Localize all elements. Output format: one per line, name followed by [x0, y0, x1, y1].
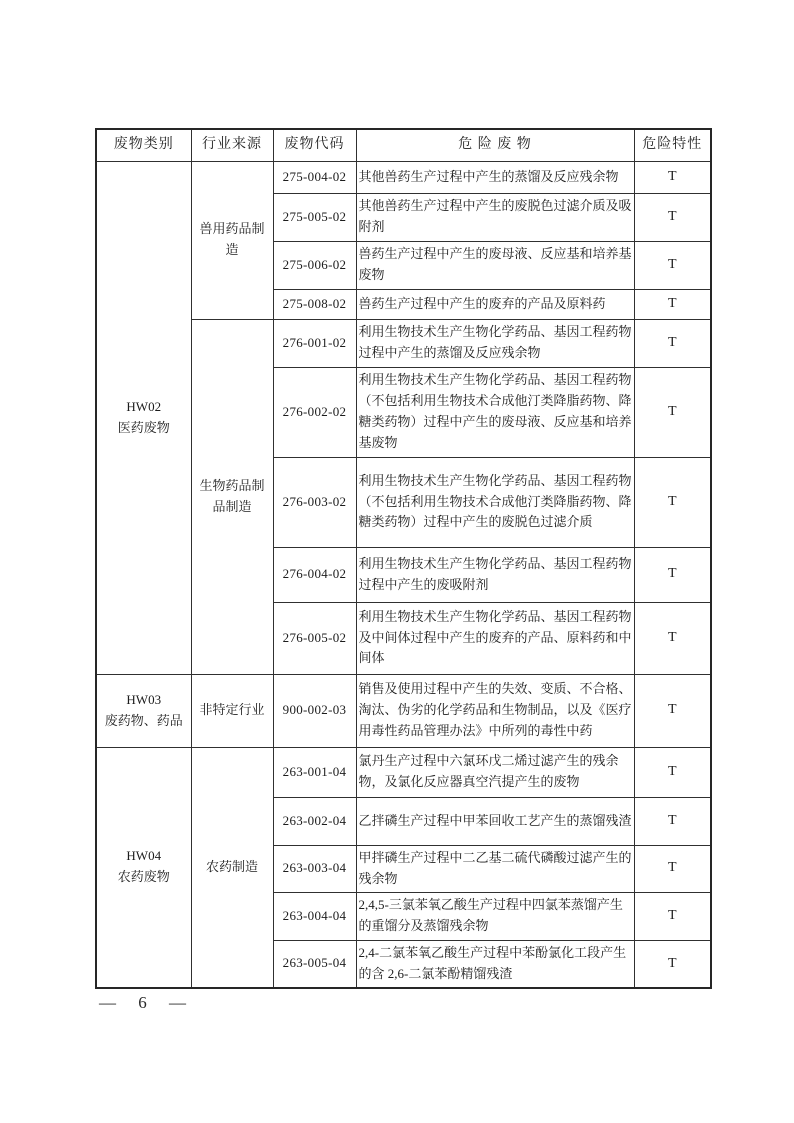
page-number: — 6 —	[99, 993, 195, 1013]
industry-cell-pesticide: 农药制造	[191, 747, 273, 988]
waste-code: 276-005-02	[273, 602, 356, 674]
hazard-trait: T	[634, 367, 711, 457]
hazard-trait: T	[634, 193, 711, 241]
hazard-trait: T	[634, 674, 711, 747]
category-cell-hw04: HW04 农药废物	[96, 747, 191, 988]
waste-description: 其他兽药生产过程中产生的蒸馏及反应残余物	[356, 161, 634, 193]
category-cell-hw03: HW03 废药物、药品	[96, 674, 191, 747]
header-waste-category: 废物类别	[96, 129, 191, 161]
category-id: HW04	[99, 846, 189, 867]
waste-description: 2,4-二氯苯氧乙酸生产过程中苯酚氯化工段产生的含 2,6-二氯苯酚精馏残渣	[356, 940, 634, 988]
waste-code: 275-004-02	[273, 161, 356, 193]
waste-description: 兽药生产过程中产生的废弃的产品及原料药	[356, 289, 634, 319]
hazard-trait: T	[634, 289, 711, 319]
waste-code: 263-002-04	[273, 797, 356, 845]
hazard-trait: T	[634, 747, 711, 797]
hazard-trait: T	[634, 845, 711, 892]
waste-code: 263-003-04	[273, 845, 356, 892]
industry-cell-veterinary: 兽用药品制造	[191, 161, 273, 319]
table-row: HW04 农药废物 农药制造 263-001-04 氯丹生产过程中六氯环戊二烯过…	[96, 747, 711, 797]
waste-description: 氯丹生产过程中六氯环戊二烯过滤产生的残余物，及氯化反应器真空汽提产生的废物	[356, 747, 634, 797]
waste-code: 275-008-02	[273, 289, 356, 319]
hazard-trait: T	[634, 797, 711, 845]
waste-description: 利用生物技术生产生物化学药品、基因工程药物（不包括利用生物技术合成他汀类降脂药物…	[356, 457, 634, 547]
waste-description: 利用生物技术生产生物化学药品、基因工程药物及中间体过程中产生的废弃的产品、原料药…	[356, 602, 634, 674]
category-id: HW03	[99, 690, 189, 711]
hazard-trait: T	[634, 457, 711, 547]
hazard-trait: T	[634, 319, 711, 367]
hazard-trait: T	[634, 241, 711, 289]
header-hazard-trait: 危险特性	[634, 129, 711, 161]
waste-description: 利用生物技术生产生物化学药品、基因工程药物过程中产生的废吸附剂	[356, 547, 634, 602]
waste-code: 275-006-02	[273, 241, 356, 289]
waste-code: 900-002-03	[273, 674, 356, 747]
waste-description: 利用生物技术生产生物化学药品、基因工程药物（不包括利用生物技术合成他汀类降脂药物…	[356, 367, 634, 457]
category-name: 废药物、药品	[99, 711, 189, 732]
header-waste-code: 废物代码	[273, 129, 356, 161]
waste-code: 275-005-02	[273, 193, 356, 241]
waste-code: 276-002-02	[273, 367, 356, 457]
hazard-trait: T	[634, 940, 711, 988]
header-industry-source: 行业来源	[191, 129, 273, 161]
hazard-trait: T	[634, 161, 711, 193]
waste-code: 263-005-04	[273, 940, 356, 988]
waste-description: 甲拌磷生产过程中二乙基二硫代磷酸过滤产生的残余物	[356, 845, 634, 892]
waste-code: 263-001-04	[273, 747, 356, 797]
header-hazardous-waste: 危 险 废 物	[356, 129, 634, 161]
waste-description: 2,4,5-三氯苯氧乙酸生产过程中四氯苯蒸馏产生的重馏分及蒸馏残余物	[356, 892, 634, 940]
table-row: HW02 医药废物 兽用药品制造 275-004-02 其他兽药生产过程中产生的…	[96, 161, 711, 193]
industry-cell-biological: 生物药品制 品制造	[191, 319, 273, 674]
waste-description: 利用生物技术生产生物化学药品、基因工程药物过程中产生的蒸馏及反应残余物	[356, 319, 634, 367]
hazard-trait: T	[634, 892, 711, 940]
hazardous-waste-table: 废物类别 行业来源 废物代码 危 险 废 物 危险特性 HW02 医药废物 兽用…	[95, 128, 712, 989]
industry-cell-nonspecific: 非特定行业	[191, 674, 273, 747]
waste-code: 276-001-02	[273, 319, 356, 367]
category-id: HW02	[99, 397, 189, 418]
waste-description: 乙拌磷生产过程中甲苯回收工艺产生的蒸馏残渣	[356, 797, 634, 845]
document-page: 废物类别 行业来源 废物代码 危 险 废 物 危险特性 HW02 医药废物 兽用…	[0, 0, 794, 1123]
hazard-trait: T	[634, 602, 711, 674]
waste-code: 276-004-02	[273, 547, 356, 602]
waste-description: 其他兽药生产过程中产生的废脱色过滤介质及吸附剂	[356, 193, 634, 241]
category-name: 医药废物	[99, 418, 189, 439]
table-row: HW03 废药物、药品 非特定行业 900-002-03 销售及使用过程中产生的…	[96, 674, 711, 747]
table-header-row: 废物类别 行业来源 废物代码 危 险 废 物 危险特性	[96, 129, 711, 161]
hazard-trait: T	[634, 547, 711, 602]
category-cell-hw02: HW02 医药废物	[96, 161, 191, 674]
waste-code: 276-003-02	[273, 457, 356, 547]
waste-description: 兽药生产过程中产生的废母液、反应基和培养基废物	[356, 241, 634, 289]
category-name: 农药废物	[99, 867, 189, 888]
waste-code: 263-004-04	[273, 892, 356, 940]
waste-description: 销售及使用过程中产生的失效、变质、不合格、淘汰、伪劣的化学药品和生物制品，以及《…	[356, 674, 634, 747]
